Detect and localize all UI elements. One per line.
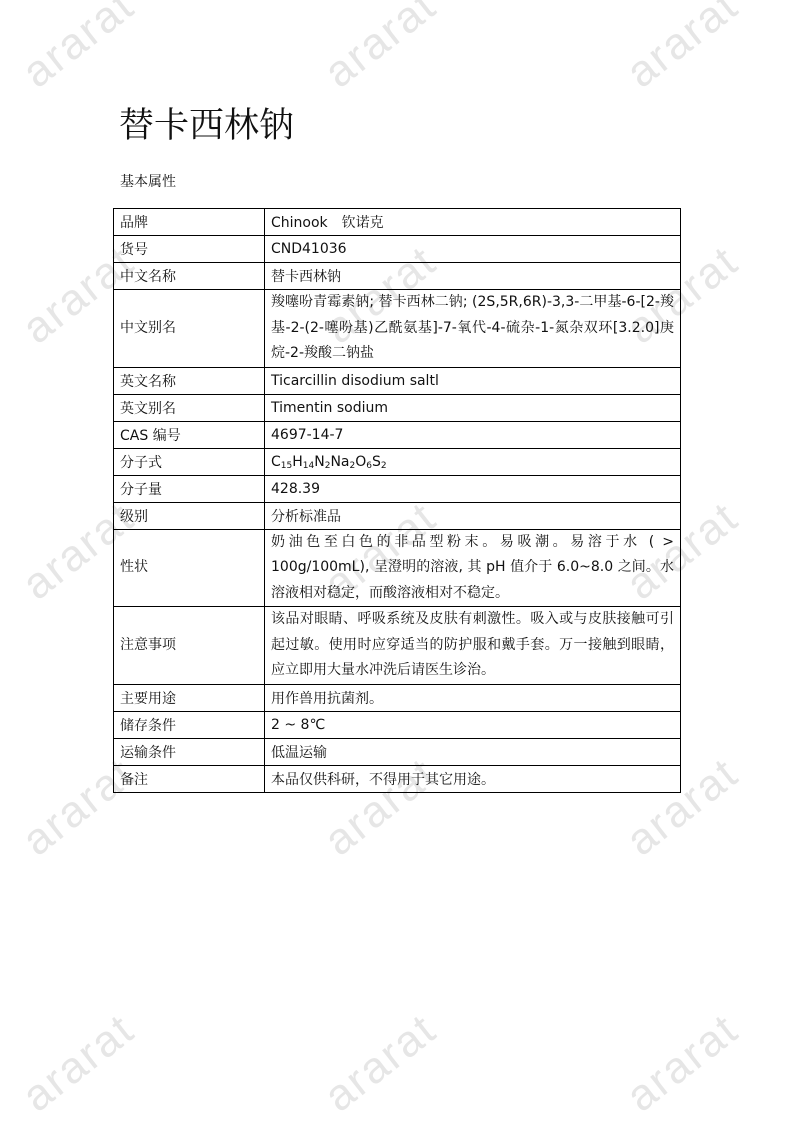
row-value: 本品仅供科研，不得用于其它用途。 xyxy=(265,765,681,792)
row-value: Chinook 钦诺克 xyxy=(265,209,681,236)
table-row-chinese-name: 中文名称 替卡西林钠 xyxy=(114,263,681,290)
row-value: 替卡西林钠 xyxy=(265,263,681,290)
row-label: 英文别名 xyxy=(114,394,265,421)
watermark: ararat xyxy=(315,0,446,98)
table-row-chinese-alias: 中文别名 羧噻吩青霉素钠; 替卡西林二钠; (2S,5R,6R)-3,3-二甲基… xyxy=(114,290,681,368)
row-value: 奶油色至白色的非品型粉末。易吸潮。易溶于水 ( > 100g/100mL), 呈… xyxy=(265,529,681,607)
table-row-catalog-number: 货号 CND41036 xyxy=(114,236,681,263)
properties-table: 品牌 Chinook 钦诺克 货号 CND41036 中文名称 替卡西林钠 中文… xyxy=(113,208,681,793)
table-row-brand: 品牌 Chinook 钦诺克 xyxy=(114,209,681,236)
row-value: 羧噻吩青霉素钠; 替卡西林二钠; (2S,5R,6R)-3,3-二甲基-6-[2… xyxy=(265,290,681,368)
row-label: 英文名称 xyxy=(114,367,265,394)
row-label: 货号 xyxy=(114,236,265,263)
table-row-molecular-weight: 分子量 428.39 xyxy=(114,475,681,502)
row-value: Ticarcillin disodium saltl xyxy=(265,367,681,394)
row-label: 级别 xyxy=(114,502,265,529)
table-row-storage: 储存条件 2 ~ 8℃ xyxy=(114,711,681,738)
row-label: 主要用途 xyxy=(114,684,265,711)
row-value: 2 ~ 8℃ xyxy=(265,711,681,738)
row-value-formula: C15H14N2Na2O6S2 xyxy=(265,448,681,475)
table-row-appearance: 性状 奶油色至白色的非品型粉末。易吸潮。易溶于水 ( > 100g/100mL)… xyxy=(114,529,681,607)
table-row-shipping: 运输条件 低温运输 xyxy=(114,738,681,765)
table-row-cas-number: CAS 编号 4697-14-7 xyxy=(114,421,681,448)
watermark: ararat xyxy=(13,1004,144,1122)
row-value: 428.39 xyxy=(265,475,681,502)
row-value: 该品对眼睛、呼吸系统及皮肤有刺激性。吸入或与皮肤接触可引起过敏。使用时应穿适当的… xyxy=(265,607,681,685)
table-row-main-use: 主要用途 用作兽用抗菌剂。 xyxy=(114,684,681,711)
table-row-molecular-formula: 分子式 C15H14N2Na2O6S2 xyxy=(114,448,681,475)
watermark: ararat xyxy=(617,0,748,98)
row-value: CND41036 xyxy=(265,236,681,263)
watermark: ararat xyxy=(617,1004,748,1122)
table-row-remarks: 备注 本品仅供科研，不得用于其它用途。 xyxy=(114,765,681,792)
row-label: 储存条件 xyxy=(114,711,265,738)
row-label: 备注 xyxy=(114,765,265,792)
row-label: 性状 xyxy=(114,529,265,607)
table-row-english-name: 英文名称 Ticarcillin disodium saltl xyxy=(114,367,681,394)
table-row-precautions: 注意事项 该品对眼睛、呼吸系统及皮肤有刺激性。吸入或与皮肤接触可引起过敏。使用时… xyxy=(114,607,681,685)
watermark: ararat xyxy=(13,0,144,98)
row-value: 4697-14-7 xyxy=(265,421,681,448)
row-label: 运输条件 xyxy=(114,738,265,765)
row-label: CAS 编号 xyxy=(114,421,265,448)
row-value: 用作兽用抗菌剂。 xyxy=(265,684,681,711)
row-label: 分子量 xyxy=(114,475,265,502)
table-row-english-alias: 英文别名 Timentin sodium xyxy=(114,394,681,421)
row-label: 中文名称 xyxy=(114,263,265,290)
row-value: Timentin sodium xyxy=(265,394,681,421)
row-label: 中文别名 xyxy=(114,290,265,368)
row-value: 低温运输 xyxy=(265,738,681,765)
watermark: ararat xyxy=(315,1004,446,1122)
table-row-grade: 级别 分析标准品 xyxy=(114,502,681,529)
row-label: 注意事项 xyxy=(114,607,265,685)
row-label: 品牌 xyxy=(114,209,265,236)
page-title: 替卡西林钠 xyxy=(119,104,294,148)
section-heading: 基本属性 xyxy=(120,172,176,192)
row-label: 分子式 xyxy=(114,448,265,475)
row-value: 分析标准品 xyxy=(265,502,681,529)
